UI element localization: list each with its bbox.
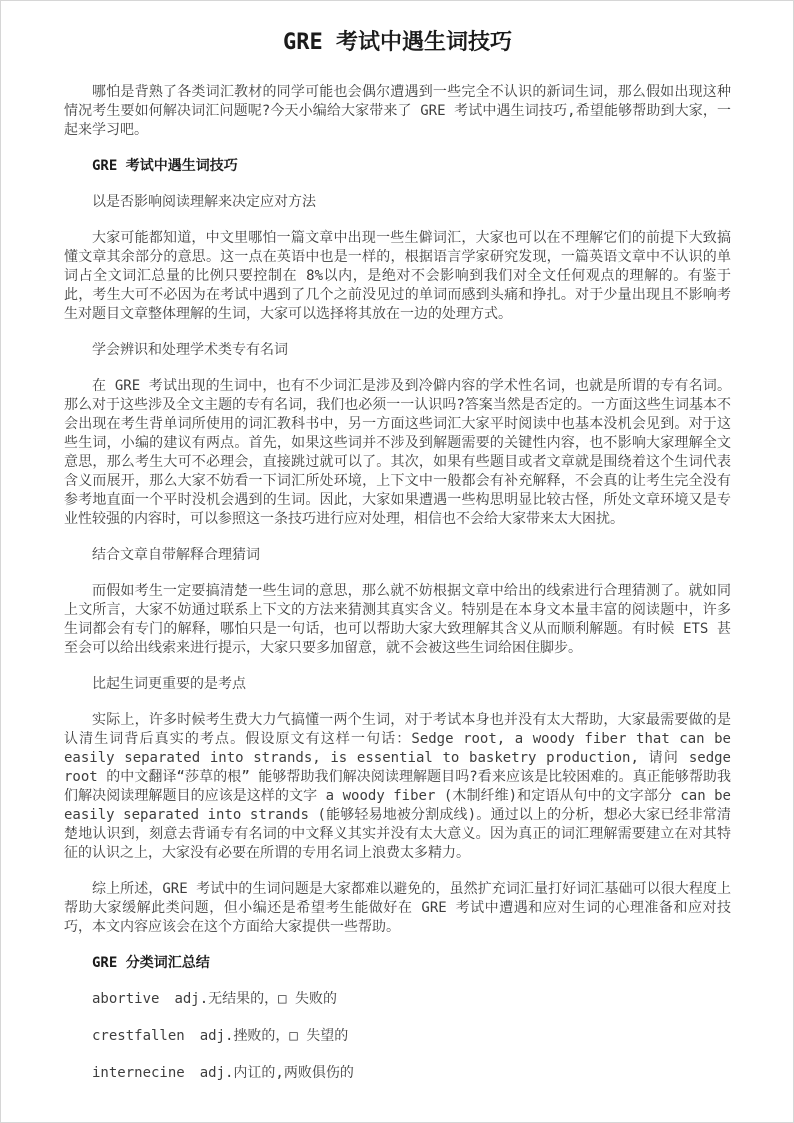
section-3-heading: 结合文章自带解释合理猜词: [64, 546, 731, 565]
section-1-body: 大家可能都知道，中文里哪怕一篇文章中出现一些生僻词汇，大家也可以在不理解它们的前…: [64, 229, 731, 324]
document-page: GRE 考试中遇生词技巧 哪怕是背熟了各类词汇教材的同学可能也会偶尔遭遇到一些完…: [0, 0, 794, 1123]
vocab-definition: adj.无结果的，□ 失败的: [174, 991, 337, 1007]
section-4-body: 实际上，许多时候考生费大力气搞懂一两个生词，对于考试本身也并没有太大帮助，大家最…: [64, 711, 731, 863]
section-3-body: 而假如考生一定要搞清楚一些生词的意思，那么就不妨根据文章中给出的线索进行合理猜测…: [64, 582, 731, 658]
vocab-item: crestfallenadj.挫败的，□ 失望的: [64, 1027, 731, 1046]
section-2-body: 在 GRE 考试出现的生词中，也有不少词汇是涉及到冷僻内容的学术性名词，也就是所…: [64, 377, 731, 529]
vocab-word: crestfallen: [92, 1028, 185, 1044]
section-4-heading: 比起生词更重要的是考点: [64, 675, 731, 694]
vocab-word: internecine: [92, 1065, 185, 1081]
intro-paragraph: 哪怕是背熟了各类词汇教材的同学可能也会偶尔遭遇到一些完全不认识的新词生词，那么假…: [64, 83, 731, 140]
vocab-item: internecineadj.内讧的,两败俱伤的: [64, 1064, 731, 1083]
vocab-heading: GRE 分类词汇总结: [64, 954, 731, 973]
section-2-heading: 学会辨识和处理学术类专有名词: [64, 341, 731, 360]
main-heading: GRE 考试中遇生词技巧: [64, 157, 731, 176]
vocab-definition: adj.内讧的,两败俱伤的: [200, 1065, 354, 1081]
vocab-word: abortive: [92, 991, 159, 1007]
conclusion-paragraph: 综上所述，GRE 考试中的生词问题是大家都难以避免的，虽然扩充词汇量打好词汇基础…: [64, 880, 731, 937]
section-1-heading: 以是否影响阅读理解来决定应对方法: [64, 193, 731, 212]
vocab-definition: adj.挫败的，□ 失望的: [200, 1028, 349, 1044]
vocab-item: abortiveadj.无结果的，□ 失败的: [64, 990, 731, 1009]
doc-title: GRE 考试中遇生词技巧: [64, 29, 731, 57]
